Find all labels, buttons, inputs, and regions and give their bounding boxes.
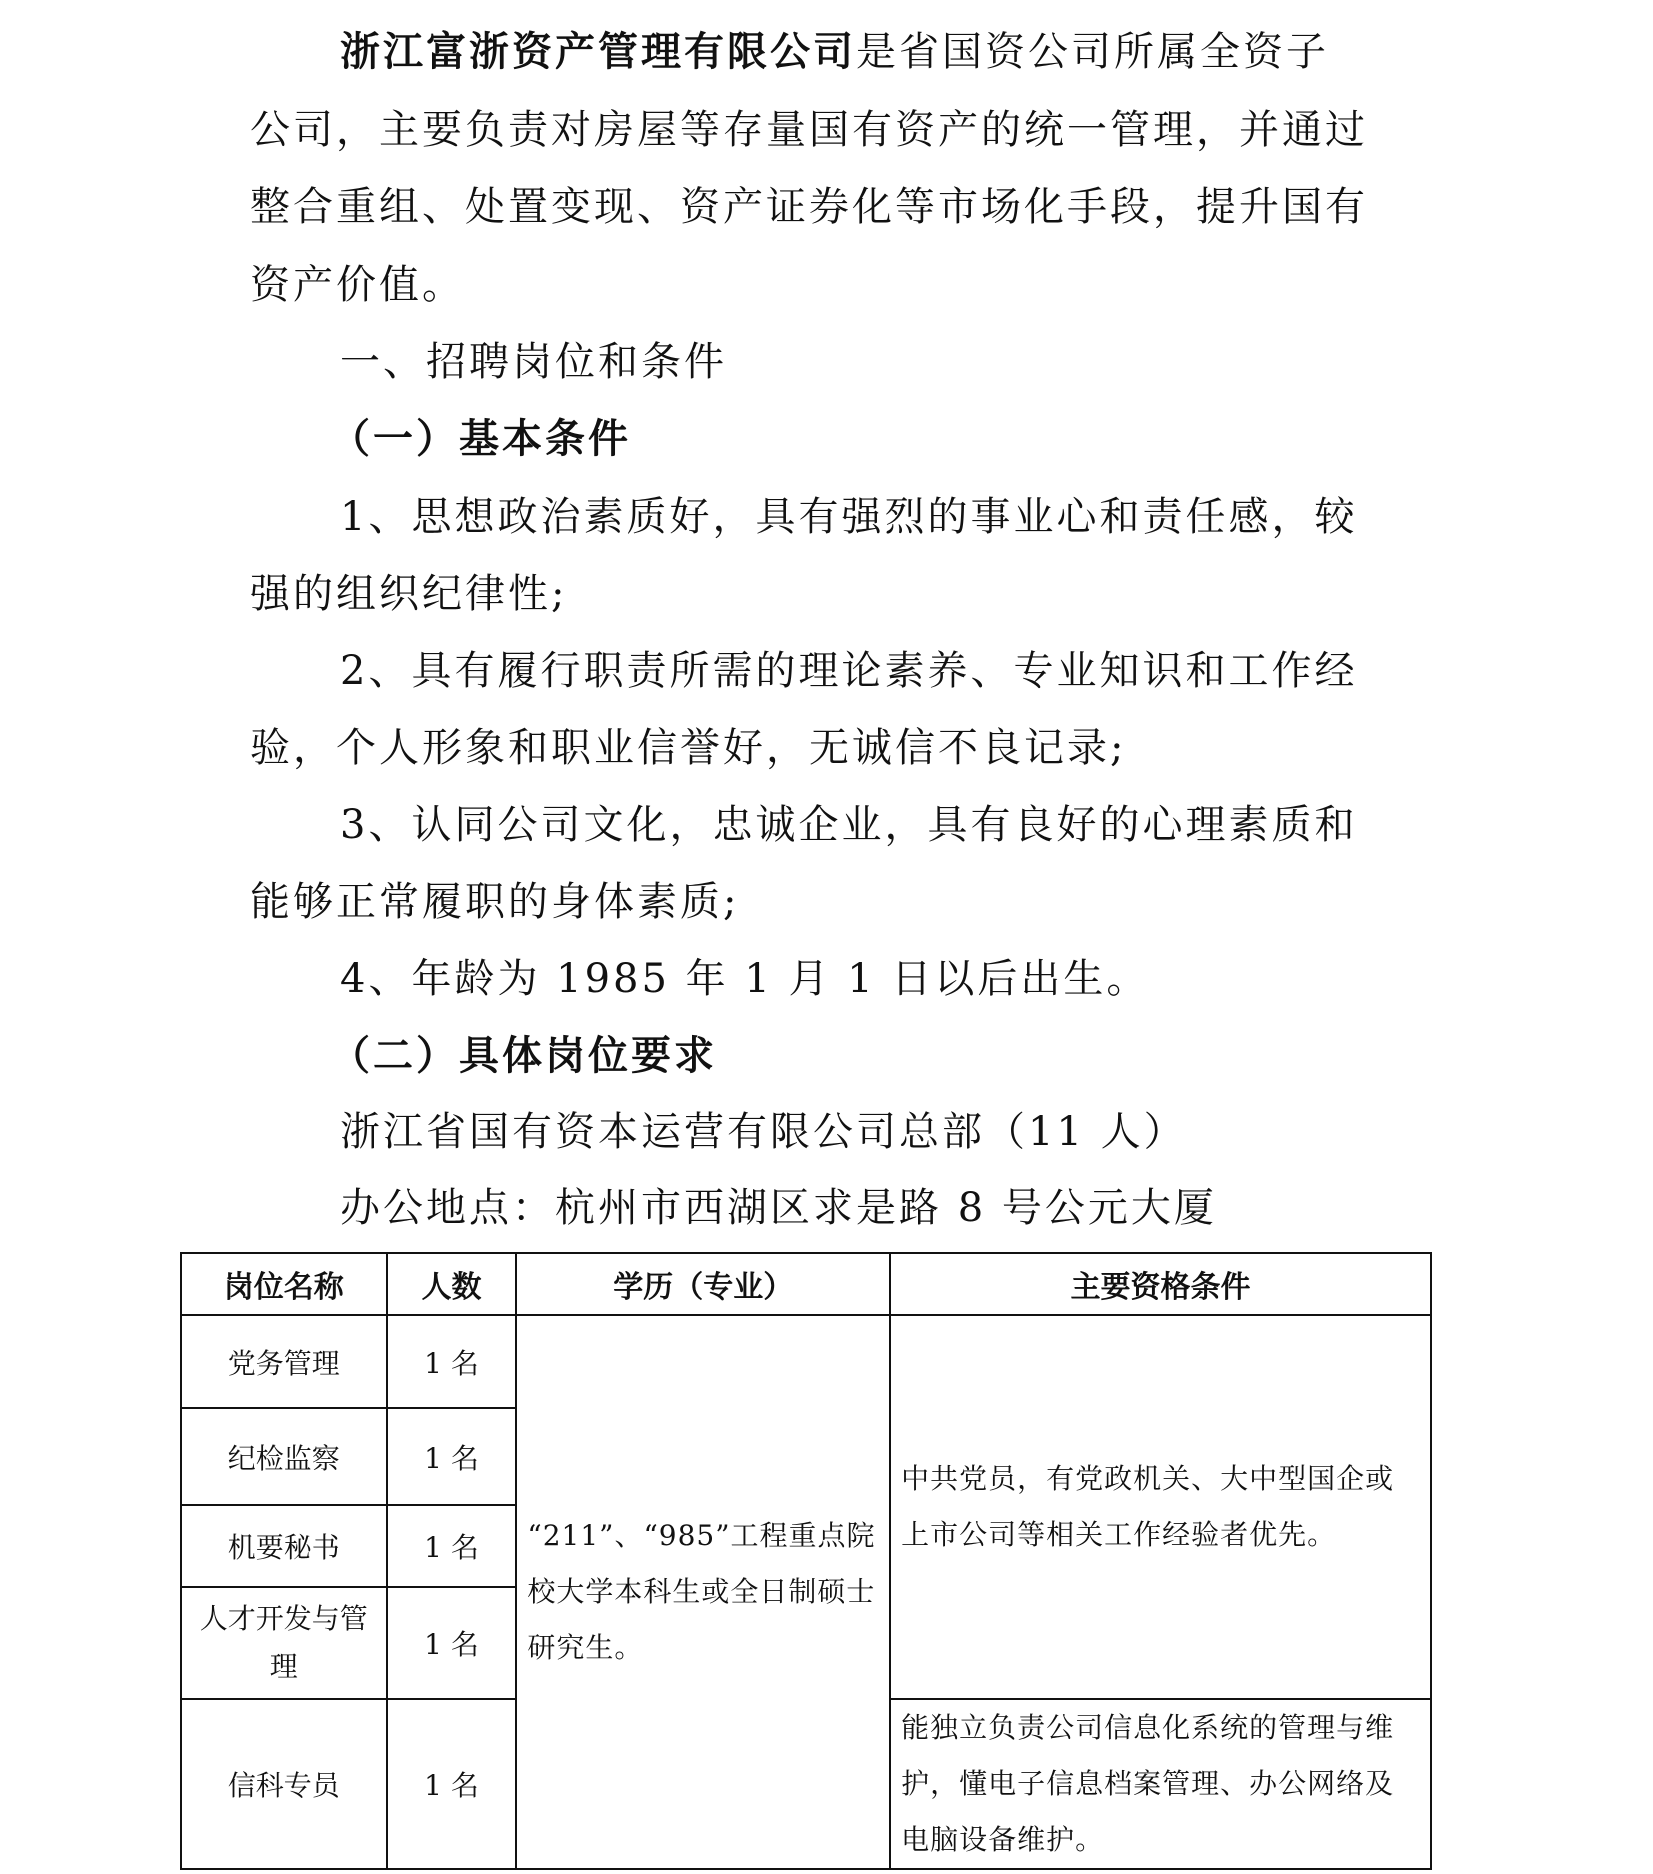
subsection-heading-specific: （二）具体岗位要求 bbox=[330, 1032, 1470, 1080]
condition-4: 4、年龄为 1985 年 1 月 1 日以后出生。 bbox=[340, 955, 1480, 1003]
intro-line-3: 整合重组、处置变现、资产证券化等市场化手段，提升国有 bbox=[250, 183, 1390, 231]
header-qualifications: 主要资格条件 bbox=[890, 1253, 1431, 1315]
unit-heading: 浙江省国有资本运营有限公司总部（11 人） bbox=[340, 1108, 1480, 1156]
condition-1-line-2: 强的组织纪律性; bbox=[250, 570, 1390, 618]
table-row: 党务管理 1 名 “211”、“985”工程重点院校大学本科生或全日制硕士研究生… bbox=[181, 1315, 1431, 1408]
condition-2-line-2: 验，个人形象和职业信誉好，无诚信不良记录; bbox=[250, 724, 1390, 772]
position-cell: 党务管理 bbox=[181, 1315, 387, 1408]
count-cell: 1 名 bbox=[387, 1315, 517, 1408]
company-name: 浙江富浙资产管理有限公司 bbox=[340, 28, 856, 75]
count-cell: 1 名 bbox=[387, 1505, 517, 1587]
condition-2-line-1: 2、具有履行职责所需的理论素养、专业知识和工作经 bbox=[340, 647, 1480, 695]
intro-text: 是省国资公司所属全资子 bbox=[856, 29, 1329, 75]
count-cell: 1 名 bbox=[387, 1587, 517, 1699]
position-cell: 人才开发与管理 bbox=[181, 1587, 387, 1699]
count-cell: 1 名 bbox=[387, 1699, 517, 1869]
condition-1-line-1: 1、思想政治素质好，具有强烈的事业心和责任感，较 bbox=[340, 493, 1480, 541]
position-cell: 纪检监察 bbox=[181, 1408, 387, 1505]
count-cell: 1 名 bbox=[387, 1408, 517, 1505]
education-cell: “211”、“985”工程重点院校大学本科生或全日制硕士研究生。 bbox=[516, 1315, 890, 1869]
position-cell: 机要秘书 bbox=[181, 1505, 387, 1587]
intro-line-1: 浙江富浙资产管理有限公司是省国资公司所属全资子 bbox=[340, 28, 1480, 76]
header-count: 人数 bbox=[387, 1253, 517, 1315]
position-cell: 信科专员 bbox=[181, 1699, 387, 1869]
section-heading: 一、招聘岗位和条件 bbox=[340, 338, 1480, 386]
subsection-heading-basic: （一）基本条件 bbox=[330, 415, 1470, 463]
condition-3-line-2: 能够正常履职的身体素质; bbox=[250, 878, 1390, 926]
header-education: 学历（专业） bbox=[516, 1253, 890, 1315]
qualification-cell-party: 中共党员，有党政机关、大中型国企或上市公司等相关工作经验者优先。 bbox=[890, 1315, 1431, 1699]
condition-3-line-1: 3、认同公司文化，忠诚企业，具有良好的心理素质和 bbox=[340, 801, 1480, 849]
intro-line-4: 资产价值。 bbox=[250, 261, 1390, 309]
office-location: 办公地点：杭州市西湖区求是路 8 号公元大厦 bbox=[340, 1184, 1480, 1232]
positions-table: 岗位名称 人数 学历（专业） 主要资格条件 党务管理 1 名 “211”、“98… bbox=[180, 1252, 1432, 1870]
intro-line-2: 公司，主要负责对房屋等存量国有资产的统一管理，并通过 bbox=[250, 106, 1390, 154]
header-position: 岗位名称 bbox=[181, 1253, 387, 1315]
table-header-row: 岗位名称 人数 学历（专业） 主要资格条件 bbox=[181, 1253, 1431, 1315]
qualification-cell-it: 能独立负责公司信息化系统的管理与维护，懂电子信息档案管理、办公网络及电脑设备维护… bbox=[890, 1699, 1431, 1869]
